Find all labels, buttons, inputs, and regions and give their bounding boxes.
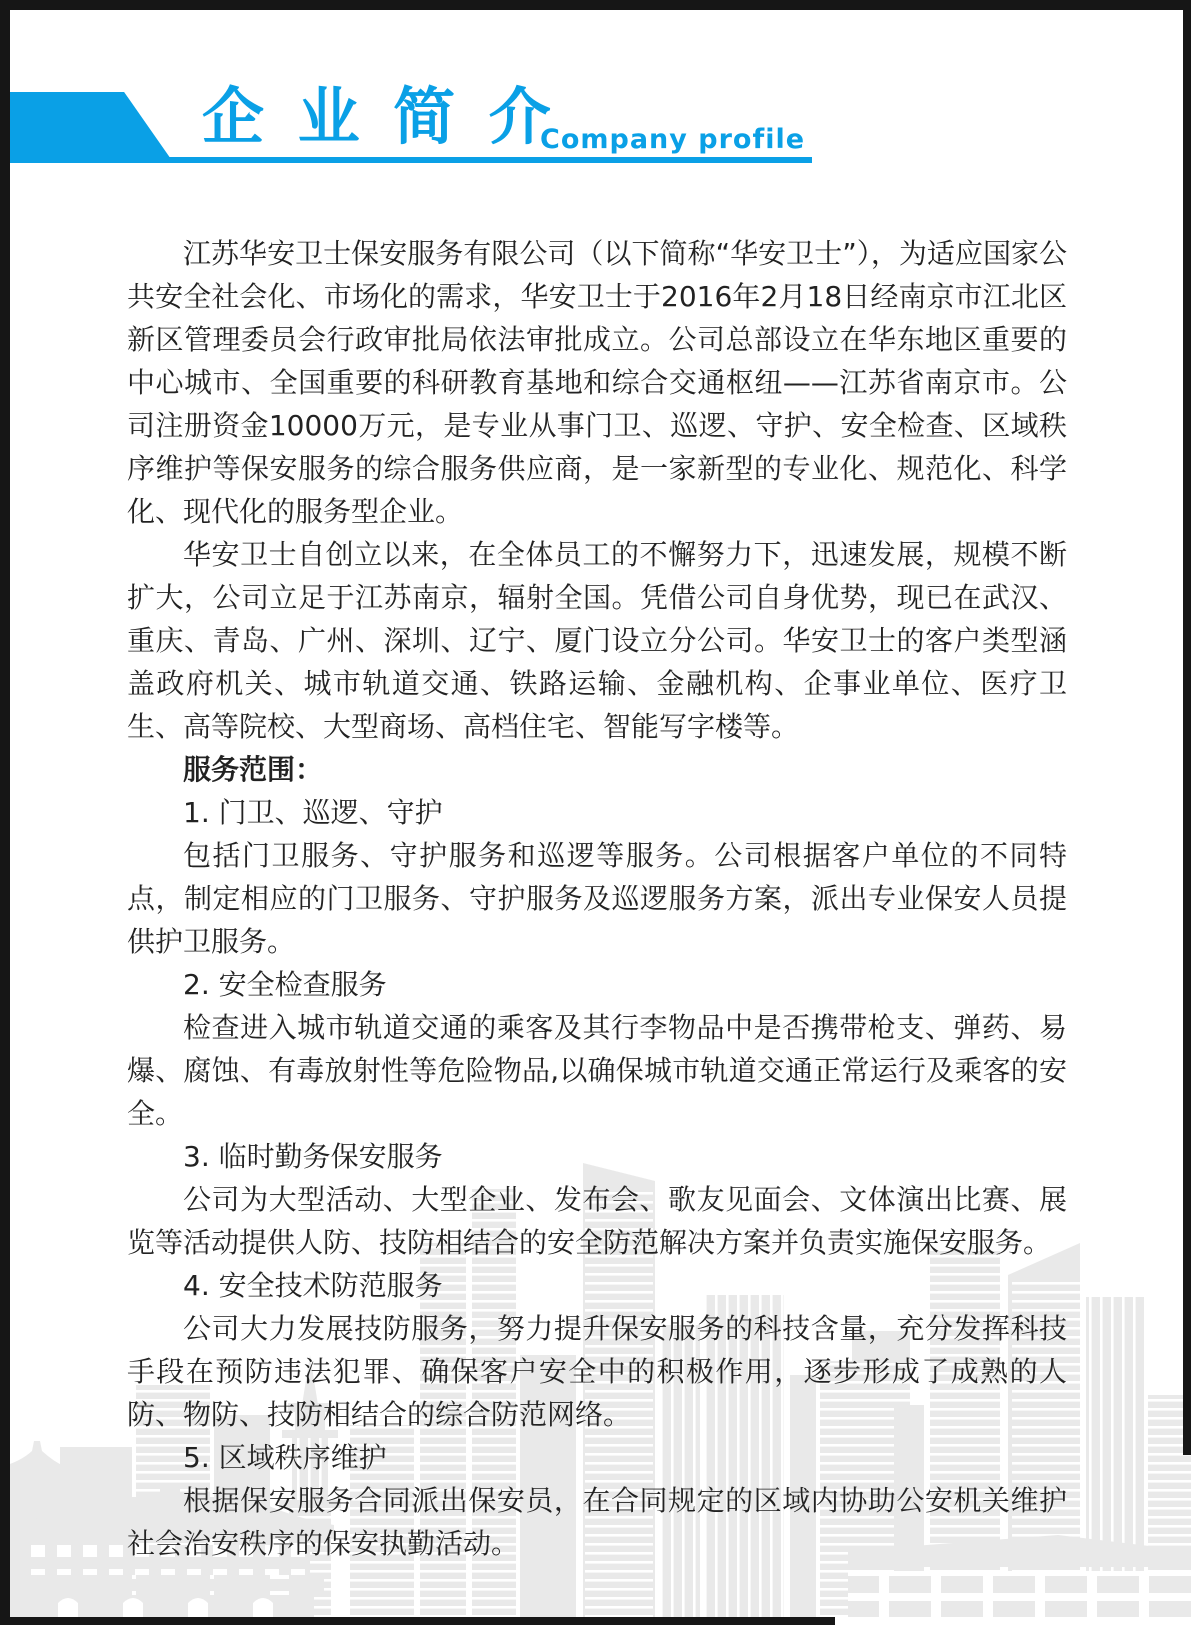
paragraph: 包括门卫服务、守护服务和巡逻等服务。公司根据客户单位的不同特点，制定相应的门卫服… [127, 834, 1067, 963]
section-heading: 服务范围： [127, 748, 1067, 791]
service-item-title: 4. 安全技术防范服务 [127, 1264, 1067, 1307]
paragraph: 检查进入城市轨道交通的乘客及其行李物品中是否携带枪支、弹药、易爆、腐蚀、有毒放射… [127, 1006, 1067, 1135]
page-border-top [0, 0, 1191, 10]
body-text: 江苏华安卫士保安服务有限公司（以下简称“华安卫士”），为适应国家公共安全社会化、… [127, 232, 1067, 1565]
page-border-bottom [0, 1617, 835, 1625]
paragraph: 公司大力发展技防服务，努力提升保安服务的科技含量，充分发挥科技手段在预防违法犯罪… [127, 1307, 1067, 1436]
page-title: 企 业 简 介 [202, 78, 557, 156]
service-item-title: 3. 临时勤务保安服务 [127, 1135, 1067, 1178]
service-item-title: 1. 门卫、巡逻、守护 [127, 791, 1067, 834]
service-item-title: 5. 区域秩序维护 [127, 1436, 1067, 1479]
header-flag-shape [10, 92, 173, 162]
page-subtitle: Company profile [540, 124, 805, 155]
page-border-right [1183, 0, 1191, 1455]
service-item-title: 2. 安全检查服务 [127, 963, 1067, 1006]
paragraph: 江苏华安卫士保安服务有限公司（以下简称“华安卫士”），为适应国家公共安全社会化、… [127, 232, 1067, 533]
page-border-left [0, 0, 10, 1625]
paragraph: 华安卫士自创立以来，在全体员工的不懈努力下，迅速发展，规模不断扩大，公司立足于江… [127, 533, 1067, 748]
paragraph: 根据保安服务合同派出保安员，在合同规定的区域内协助公安机关维护社会治安秩序的保安… [127, 1479, 1067, 1565]
document-page: 企 业 简 介 Company profile 江苏华安卫士保安服务有限公司（以… [0, 0, 1191, 1625]
paragraph: 公司为大型活动、大型企业、发布会、歌友见面会、文体演出比赛、展览等活动提供人防、… [127, 1178, 1067, 1264]
